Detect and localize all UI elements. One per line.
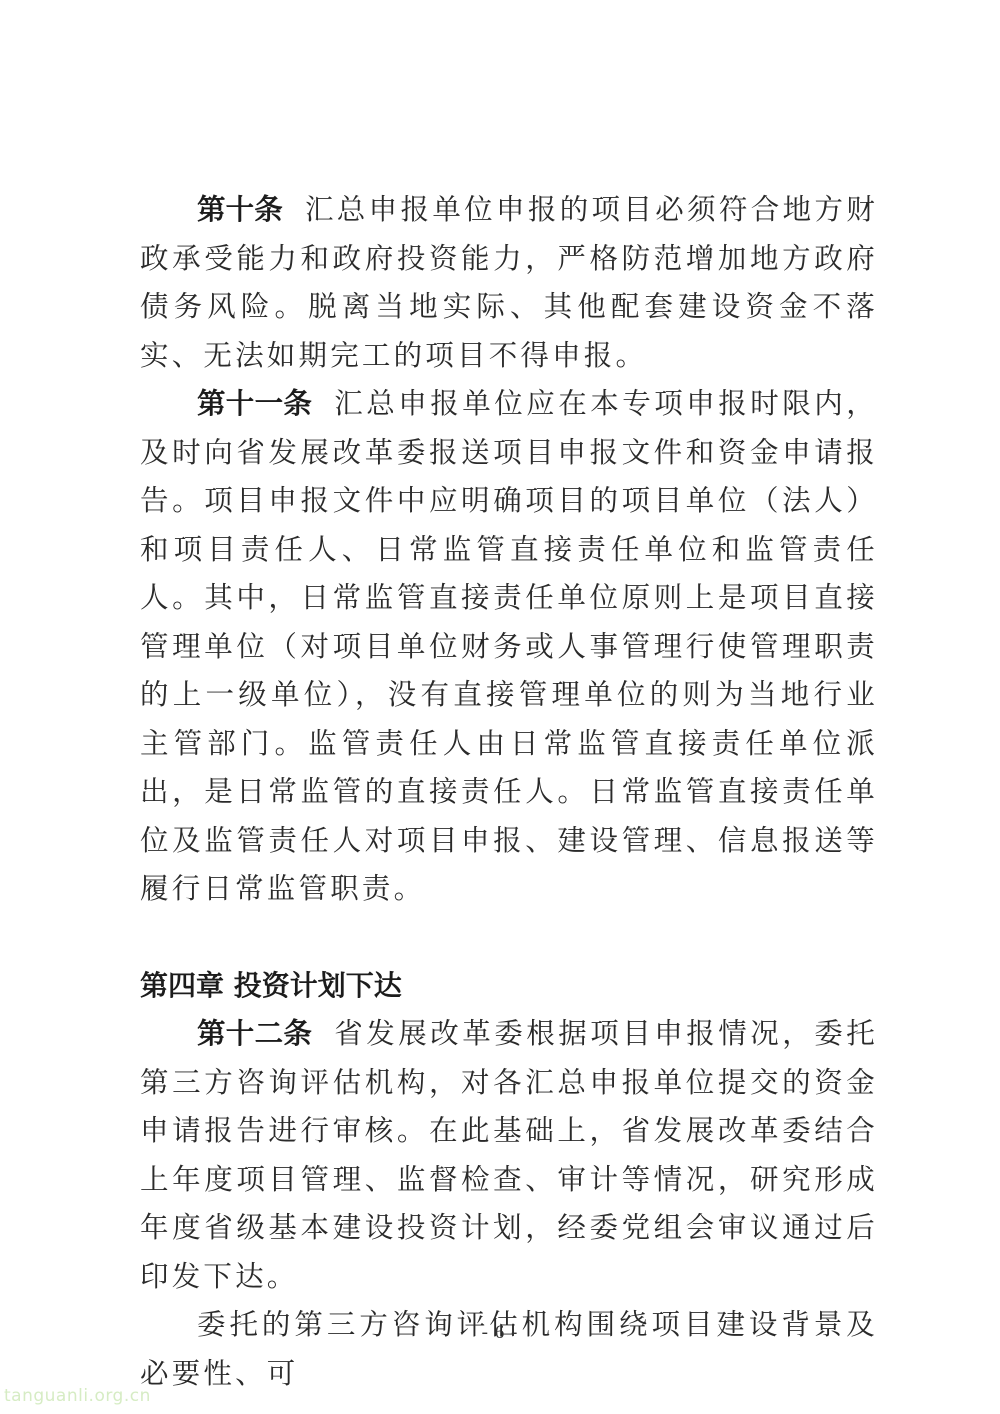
article-number: 第十一条	[197, 387, 312, 420]
page-number: - 6 -	[0, 1322, 1000, 1344]
article-number: 第十二条	[197, 1017, 312, 1050]
article-12: 第十二条省发展改革委根据项目申报情况，委托第三方咨询评估机构，对各汇总申报单位提…	[140, 1010, 878, 1301]
article-11: 第十一条汇总申报单位应在本专项申报时限内，及时向省发展改革委报送项目申报文件和资…	[140, 380, 878, 914]
chapter-title: 第四章 投资计划下达	[140, 962, 878, 1011]
article-text: 省发展改革委根据项目申报情况，委托第三方咨询评估机构，对各汇总申报单位提交的资金…	[140, 1017, 878, 1293]
document-page: 第十条汇总申报单位申报的项目必须符合地方财政承受能力和政府投资能力，严格防范增加…	[0, 0, 1000, 1414]
article-text: 汇总申报单位应在本专项申报时限内，及时向省发展改革委报送项目申报文件和资金申请报…	[140, 387, 878, 905]
watermark: tanguanli.org.cn	[4, 1386, 151, 1406]
document-body: 第十条汇总申报单位申报的项目必须符合地方财政承受能力和政府投资能力，严格防范增加…	[140, 186, 878, 1398]
section-gap	[140, 914, 878, 962]
article-number: 第十条	[197, 193, 283, 226]
article-10: 第十条汇总申报单位申报的项目必须符合地方财政承受能力和政府投资能力，严格防范增加…	[140, 186, 878, 380]
continuation-paragraph: 委托的第三方咨询评估机构围绕项目建设背景及必要性、可	[140, 1301, 878, 1398]
